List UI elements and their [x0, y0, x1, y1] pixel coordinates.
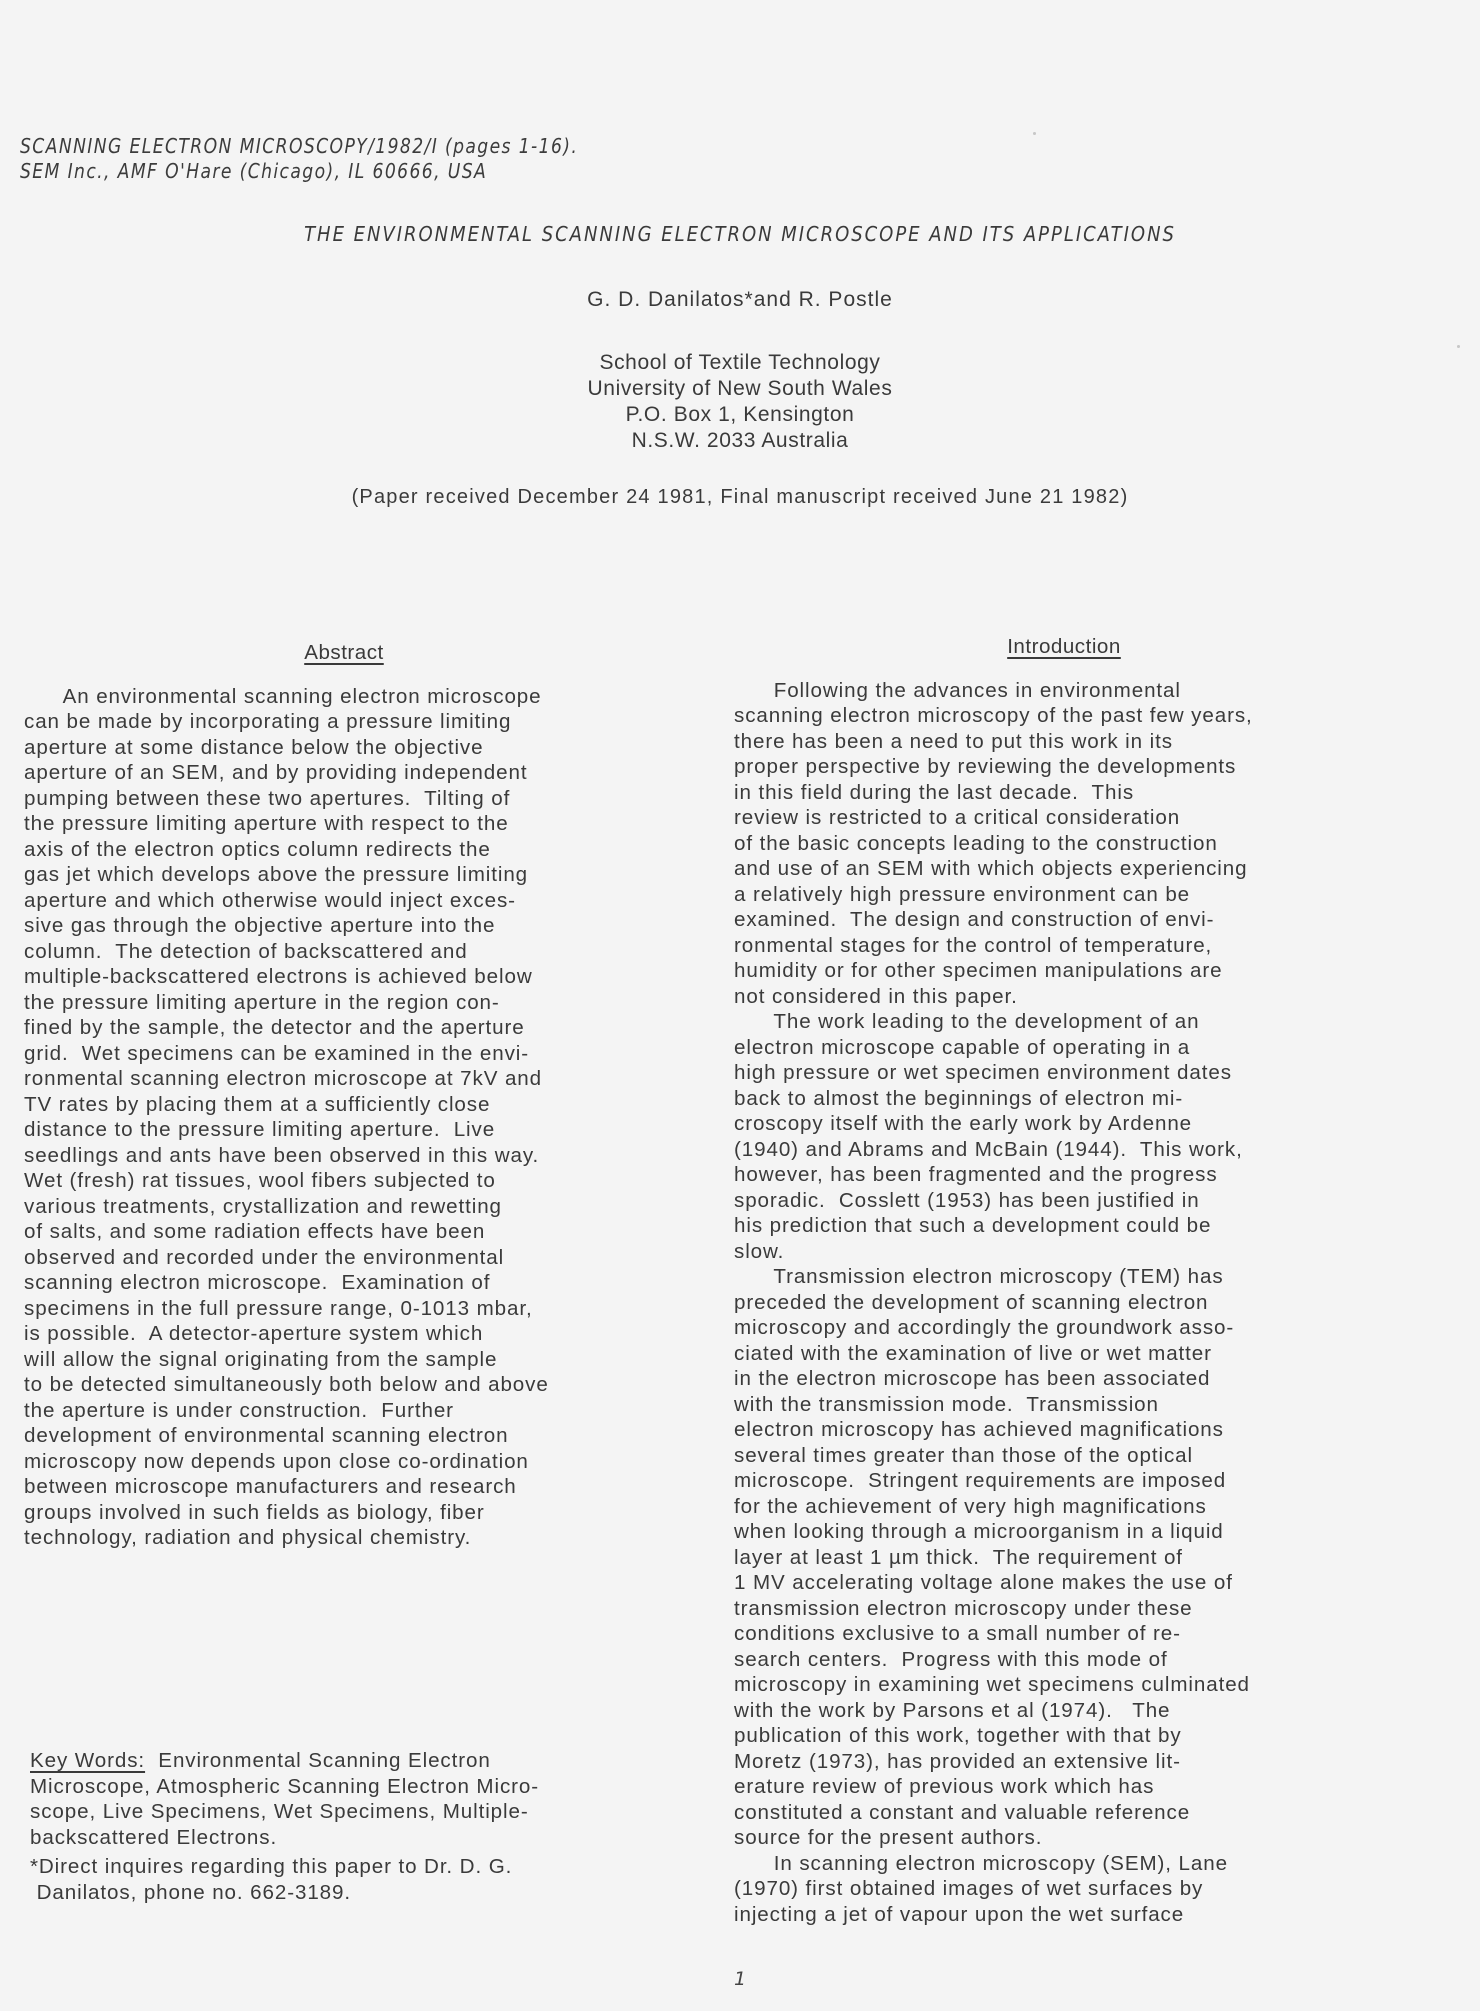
affiliation-line: P.O. Box 1, Kensington [0, 402, 1480, 428]
abstract-line: the aperture is under construction. Furt… [24, 1398, 684, 1424]
abstract-line: aperture at some distance below the obje… [24, 735, 684, 761]
introduction-line: however, has been fragmented and the pro… [734, 1162, 1394, 1188]
paper-title: THE ENVIRONMENTAL SCANNING ELECTRON MICR… [74, 222, 1406, 246]
introduction-line: ciated with the examination of live or w… [734, 1341, 1394, 1367]
affiliation-line: N.S.W. 2033 Australia [0, 428, 1480, 454]
abstract-line: fined by the sample, the detector and th… [24, 1015, 684, 1041]
abstract-body: An environmental scanning electron micro… [24, 684, 684, 1551]
introduction-line: in the electron microscope has been asso… [734, 1366, 1394, 1392]
corresponding-author-footnote: *Direct inquires regarding this paper to… [30, 1854, 690, 1905]
abstract-line: pumping between these two apertures. Til… [24, 786, 684, 812]
introduction-line: (1940) and Abrams and McBain (1944). Thi… [734, 1137, 1394, 1163]
introduction-line: of the basic concepts leading to the con… [734, 831, 1394, 857]
introduction-line: not considered in this paper. [734, 984, 1394, 1010]
keywords-line: backscattered Electrons. [30, 1825, 690, 1851]
abstract-line: gas jet which develops above the pressur… [24, 862, 684, 888]
affiliation-line: University of New South Wales [0, 376, 1480, 402]
introduction-line: proper perspective by reviewing the deve… [734, 754, 1394, 780]
introduction-line: scanning electron microscopy of the past… [734, 703, 1394, 729]
introduction-line: examined. The design and construction of… [734, 907, 1394, 933]
introduction-line: preceded the development of scanning ele… [734, 1290, 1394, 1316]
keywords-line: Key Words: Environmental Scanning Electr… [30, 1748, 690, 1774]
introduction-line: In scanning electron microscopy (SEM), L… [734, 1851, 1394, 1877]
introduction-line: in this field during the last decade. Th… [734, 780, 1394, 806]
introduction-heading: Introduction [734, 634, 1394, 660]
paper-page: SCANNING ELECTRON MICROSCOPY/1982/I (pag… [0, 0, 1480, 2011]
introduction-line: publication of this work, together with … [734, 1723, 1394, 1749]
introduction-line: Transmission electron microscopy (TEM) h… [734, 1264, 1394, 1290]
abstract-line: development of environmental scanning el… [24, 1423, 684, 1449]
introduction-section: Introduction Following the advances in e… [734, 640, 1394, 1927]
introduction-line: and use of an SEM with which objects exp… [734, 856, 1394, 882]
publisher-address: SEM Inc., AMF O'Hare (Chicago), IL 60666… [20, 159, 578, 184]
journal-header: SCANNING ELECTRON MICROSCOPY/1982/I (pag… [20, 134, 578, 184]
introduction-line: source for the present authors. [734, 1825, 1394, 1851]
introduction-line: Following the advances in environmental [734, 678, 1394, 704]
journal-citation: SCANNING ELECTRON MICROSCOPY/1982/I (pag… [20, 134, 578, 159]
introduction-line: (1970) first obtained images of wet surf… [734, 1876, 1394, 1902]
affiliation: School of Textile Technology University … [0, 350, 1480, 454]
page-number: 1 [0, 1968, 1480, 1990]
affiliation-line: School of Textile Technology [0, 350, 1480, 376]
abstract-line: various treatments, crystallization and … [24, 1194, 684, 1220]
introduction-line: there has been a need to put this work i… [734, 729, 1394, 755]
authors: G. D. Danilatos*and R. Postle [0, 288, 1480, 312]
abstract-line: observed and recorded under the environm… [24, 1245, 684, 1271]
introduction-line: slow. [734, 1239, 1394, 1265]
abstract-line: aperture and which otherwise would injec… [24, 888, 684, 914]
introduction-line: with the work by Parsons et al (1974). T… [734, 1698, 1394, 1724]
introduction-line: 1 MV accelerating voltage alone makes th… [734, 1570, 1394, 1596]
introduction-line: injecting a jet of vapour upon the wet s… [734, 1902, 1394, 1928]
keywords-section: Key Words: Environmental Scanning Electr… [30, 1748, 690, 1905]
introduction-line: his prediction that such a development c… [734, 1213, 1394, 1239]
abstract-line: specimens in the full pressure range, 0-… [24, 1296, 684, 1322]
abstract-line: between microscope manufacturers and res… [24, 1474, 684, 1500]
abstract-line: axis of the electron optics column redir… [24, 837, 684, 863]
abstract-line: is possible. A detector-aperture system … [24, 1321, 684, 1347]
abstract-line: seedlings and ants have been observed in… [24, 1143, 684, 1169]
abstract-section: Abstract An environmental scanning elect… [24, 640, 684, 1551]
introduction-line: erature review of previous work which ha… [734, 1774, 1394, 1800]
introduction-line: microscope. Stringent requirements are i… [734, 1468, 1394, 1494]
keywords-body: Key Words: Environmental Scanning Electr… [30, 1748, 690, 1850]
footnote-line: *Direct inquires regarding this paper to… [30, 1854, 690, 1880]
introduction-line: humidity or for other specimen manipulat… [734, 958, 1394, 984]
abstract-line: grid. Wet specimens can be examined in t… [24, 1041, 684, 1067]
introduction-line: review is restricted to a critical consi… [734, 805, 1394, 831]
introduction-line: electron microscope capable of operating… [734, 1035, 1394, 1061]
abstract-line: the pressure limiting aperture in the re… [24, 990, 684, 1016]
keywords-line: Microscope, Atmospheric Scanning Electro… [30, 1774, 690, 1800]
abstract-line: the pressure limiting aperture with resp… [24, 811, 684, 837]
introduction-body: Following the advances in environmentals… [734, 678, 1394, 1928]
abstract-line: groups involved in such fields as biolog… [24, 1500, 684, 1526]
abstract-line: aperture of an SEM, and by providing ind… [24, 760, 684, 786]
footnote-line: Danilatos, phone no. 662-3189. [30, 1880, 690, 1906]
abstract-line: column. The detection of backscattered a… [24, 939, 684, 965]
received-dates: (Paper received December 24 1981, Final … [0, 486, 1480, 509]
abstract-heading: Abstract [4, 640, 684, 666]
abstract-line: to be detected simultaneously both below… [24, 1372, 684, 1398]
introduction-line: microscopy and accordingly the groundwor… [734, 1315, 1394, 1341]
abstract-line: An environmental scanning electron micro… [24, 684, 684, 710]
introduction-line: constituted a constant and valuable refe… [734, 1800, 1394, 1826]
introduction-line: croscopy itself with the early work by A… [734, 1111, 1394, 1137]
introduction-line: several times greater than those of the … [734, 1443, 1394, 1469]
abstract-line: can be made by incorporating a pressure … [24, 709, 684, 735]
keywords-line: scope, Live Specimens, Wet Specimens, Mu… [30, 1799, 690, 1825]
introduction-line: The work leading to the development of a… [734, 1009, 1394, 1035]
introduction-line: when looking through a microorganism in … [734, 1519, 1394, 1545]
abstract-line: sive gas through the objective aperture … [24, 913, 684, 939]
introduction-line: conditions exclusive to a small number o… [734, 1621, 1394, 1647]
abstract-line: ronmental scanning electron microscope a… [24, 1066, 684, 1092]
abstract-line: Wet (fresh) rat tissues, wool fibers sub… [24, 1168, 684, 1194]
abstract-line: will allow the signal originating from t… [24, 1347, 684, 1373]
keywords-label: Key Words: [30, 1749, 145, 1772]
introduction-line: layer at least 1 µm thick. The requireme… [734, 1545, 1394, 1571]
abstract-line: distance to the pressure limiting apertu… [24, 1117, 684, 1143]
introduction-line: high pressure or wet specimen environmen… [734, 1060, 1394, 1086]
introduction-line: sporadic. Cosslett (1953) has been justi… [734, 1188, 1394, 1214]
introduction-line: transmission electron microscopy under t… [734, 1596, 1394, 1622]
introduction-line: back to almost the beginnings of electro… [734, 1086, 1394, 1112]
paper-speck [1033, 132, 1036, 135]
introduction-line: ronmental stages for the control of temp… [734, 933, 1394, 959]
introduction-line: a relatively high pressure environment c… [734, 882, 1394, 908]
abstract-line: TV rates by placing them at a sufficient… [24, 1092, 684, 1118]
introduction-line: search centers. Progress with this mode … [734, 1647, 1394, 1673]
abstract-line: of salts, and some radiation effects hav… [24, 1219, 684, 1245]
introduction-line: microscopy in examining wet specimens cu… [734, 1672, 1394, 1698]
introduction-line: with the transmission mode. Transmission [734, 1392, 1394, 1418]
abstract-line: multiple-backscattered electrons is achi… [24, 964, 684, 990]
abstract-line: scanning electron microscope. Examinatio… [24, 1270, 684, 1296]
abstract-line: technology, radiation and physical chemi… [24, 1525, 684, 1551]
introduction-line: for the achievement of very high magnifi… [734, 1494, 1394, 1520]
paper-speck [1457, 345, 1460, 348]
abstract-line: microscopy now depends upon close co-ord… [24, 1449, 684, 1475]
introduction-line: electron microscopy has achieved magnifi… [734, 1417, 1394, 1443]
introduction-line: Moretz (1973), has provided an extensive… [734, 1749, 1394, 1775]
